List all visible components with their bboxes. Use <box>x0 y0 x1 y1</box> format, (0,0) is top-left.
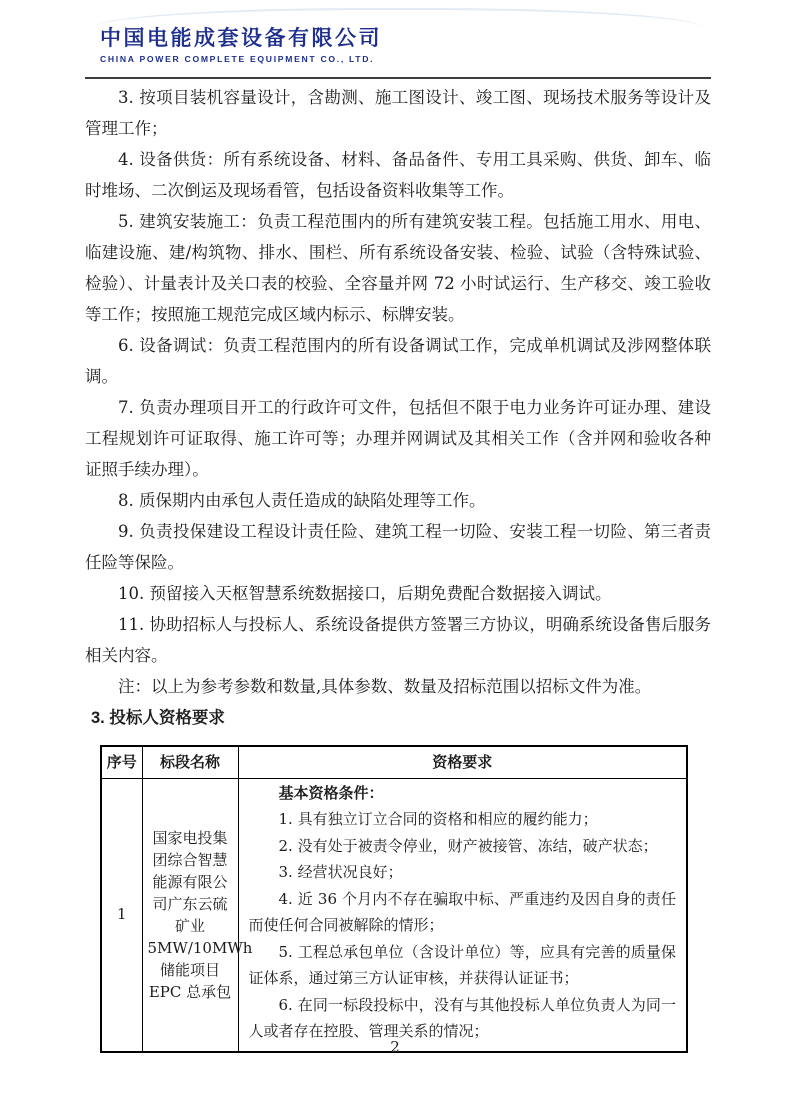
paragraph-scope-item-6: 6. 设备调试：负责工程范围内的所有设备调试工作，完成单机调试及涉网整体联调。 <box>85 330 711 392</box>
table-header-row: 序号 标段名称 资格要求 <box>101 746 687 779</box>
paragraph-scope-item-7: 7. 负责办理项目开工的行政许可文件，包括但不限于电力业务许可证办理、建设工程规… <box>85 392 711 485</box>
header-divider-line <box>85 77 711 79</box>
paragraph-scope-item-5: 5. 建筑安装施工：负责工程范围内的所有建筑安装工程。包括施工用水、用电、临建设… <box>85 206 711 330</box>
cell-qualification-requirements: 基本资格条件： 1. 具有独立订立合同的资格和相应的履约能力； 2. 没有处于被… <box>238 779 687 1052</box>
requirement-item-6: 6. 在同一标段投标中，没有与其他投标人单位负责人为同一人或者存在控股、管理关系… <box>249 992 677 1045</box>
column-header-bid-section-name: 标段名称 <box>142 746 238 779</box>
column-header-serial-no: 序号 <box>101 746 142 779</box>
paragraph-note: 注：以上为参考参数和数量,具体参数、数量及招标范围以招标文件为准。 <box>85 671 711 702</box>
document-body: 3. 按项目装机容量设计，含勘测、施工图设计、竣工图、现场技术服务等设计及管理工… <box>85 82 711 1053</box>
requirement-item-1: 1. 具有独立订立合同的资格和相应的履约能力； <box>249 806 677 833</box>
requirement-item-4: 4. 近 36 个月内不存在骗取中标、严重违约及因自身的责任而使任何合同被解除的… <box>249 886 677 939</box>
logo-swoosh-decoration <box>92 8 704 28</box>
cell-serial-no: 1 <box>101 779 142 1052</box>
column-header-qualification-requirements: 资格要求 <box>238 746 687 779</box>
paragraph-scope-item-10: 10. 预留接入天枢智慧系统数据接口，后期免费配合数据接入调试。 <box>85 578 711 609</box>
company-name-chinese: 中国电能成套设备有限公司 <box>100 26 382 52</box>
paragraph-scope-item-11: 11. 协助招标人与投标人、系统设备提供方签署三方协议，明确系统设备售后服务相关… <box>85 609 711 671</box>
company-name-english: CHINA POWER COMPLETE EQUIPMENT CO., LTD. <box>100 54 382 64</box>
paragraph-scope-item-4: 4. 设备供货：所有系统设备、材料、备品备件、专用工具采购、供货、卸车、临时堆场… <box>85 144 711 206</box>
qualification-requirements-table: 序号 标段名称 资格要求 1 国家电投集团综合智慧能源有限公司广东云硫矿业 5M… <box>100 745 688 1053</box>
section-heading-bidder-qualifications: 3. 投标人资格要求 <box>91 703 711 734</box>
requirements-title: 基本资格条件： <box>249 782 677 806</box>
page-number: 2 <box>0 1038 790 1056</box>
table-row: 1 国家电投集团综合智慧能源有限公司广东云硫矿业 5MW/10MWh 储能项目 … <box>101 779 687 1052</box>
paragraph-scope-item-3: 3. 按项目装机容量设计，含勘测、施工图设计、竣工图、现场技术服务等设计及管理工… <box>85 82 711 144</box>
requirement-item-3: 3. 经营状况良好； <box>249 859 677 886</box>
company-logo: 中国电能成套设备有限公司 CHINA POWER COMPLETE EQUIPM… <box>100 26 382 64</box>
document-page: 中国电能成套设备有限公司 CHINA POWER COMPLETE EQUIPM… <box>0 0 790 1117</box>
paragraph-scope-item-9: 9. 负责投保建设工程设计责任险、建筑工程一切险、安装工程一切险、第三者责任险等… <box>85 516 711 578</box>
requirement-item-5: 5. 工程总承包单位（含设计单位）等，应具有完善的质量保证体系，通过第三方认证审… <box>249 939 677 992</box>
requirement-item-2: 2. 没有处于被责令停业，财产被接管、冻结，破产状态； <box>249 833 677 860</box>
paragraph-scope-item-8: 8. 质保期内由承包人责任造成的缺陷处理等工作。 <box>85 485 711 516</box>
cell-bid-section-name: 国家电投集团综合智慧能源有限公司广东云硫矿业 5MW/10MWh 储能项目 EP… <box>142 779 238 1052</box>
